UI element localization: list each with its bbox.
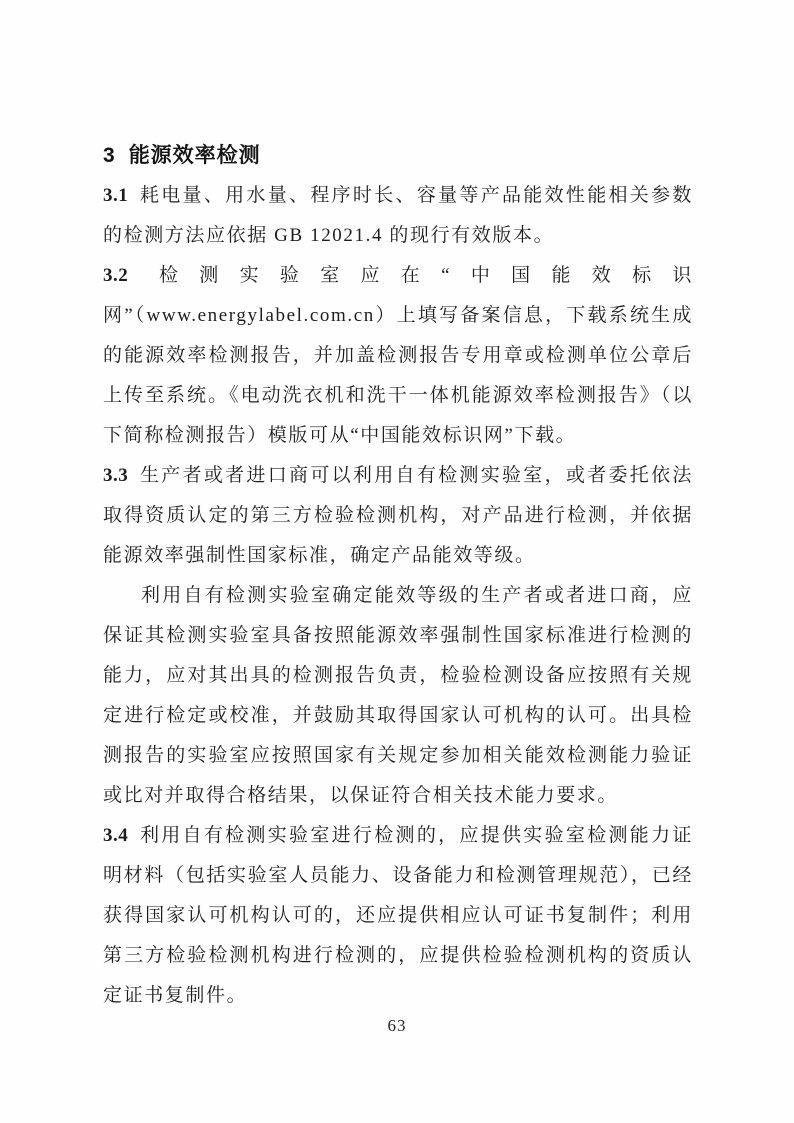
section-heading: 3能源效率检测 <box>103 136 693 176</box>
section-number: 3 <box>103 144 116 167</box>
paragraph-3-2-text: 检测实验室应在“中国能效标识网”（www.energylabel.com.cn）… <box>103 265 693 446</box>
clause-number-3-4: 3.4 <box>103 825 128 846</box>
clause-number-3-1: 3.1 <box>103 185 128 206</box>
paragraph-unnumbered-text: 利用自有检测实验室确定能效等级的生产者或者进口商，应保证其检测实验室具备按照能源… <box>103 585 693 806</box>
paragraph-unnumbered: 利用自有检测实验室确定能效等级的生产者或者进口商，应保证其检测实验室具备按照能源… <box>103 576 693 816</box>
paragraph-3-1-text: 耗电量、用水量、程序时长、容量等产品能效性能相关参数的检测方法应依据 GB 12… <box>103 185 693 246</box>
paragraph-3-2: 3.2检测实验室应在“中国能效标识网”（www.energylabel.com.… <box>103 256 693 456</box>
clause-number-3-3: 3.3 <box>103 465 128 486</box>
document-content: 3能源效率检测 3.1耗电量、用水量、程序时长、容量等产品能效性能相关参数的检测… <box>103 136 693 1016</box>
paragraph-3-1: 3.1耗电量、用水量、程序时长、容量等产品能效性能相关参数的检测方法应依据 GB… <box>103 176 693 256</box>
paragraph-3-3-text: 生产者或者进口商可以利用自有检测实验室，或者委托依法取得资质认定的第三方检验检测… <box>103 465 693 566</box>
paragraph-3-4: 3.4利用自有检测实验室进行检测的，应提供实验室检测能力证明材料（包括实验室人员… <box>103 816 693 1016</box>
page-number: 63 <box>0 1006 794 1046</box>
document-page: 3能源效率检测 3.1耗电量、用水量、程序时长、容量等产品能效性能相关参数的检测… <box>0 0 794 1123</box>
clause-number-3-2: 3.2 <box>103 265 128 286</box>
paragraph-3-4-text: 利用自有检测实验室进行检测的，应提供实验室检测能力证明材料（包括实验室人员能力、… <box>103 825 693 1006</box>
paragraph-3-3: 3.3生产者或者进口商可以利用自有检测实验室，或者委托依法取得资质认定的第三方检… <box>103 456 693 576</box>
section-title: 能源效率检测 <box>129 144 261 167</box>
